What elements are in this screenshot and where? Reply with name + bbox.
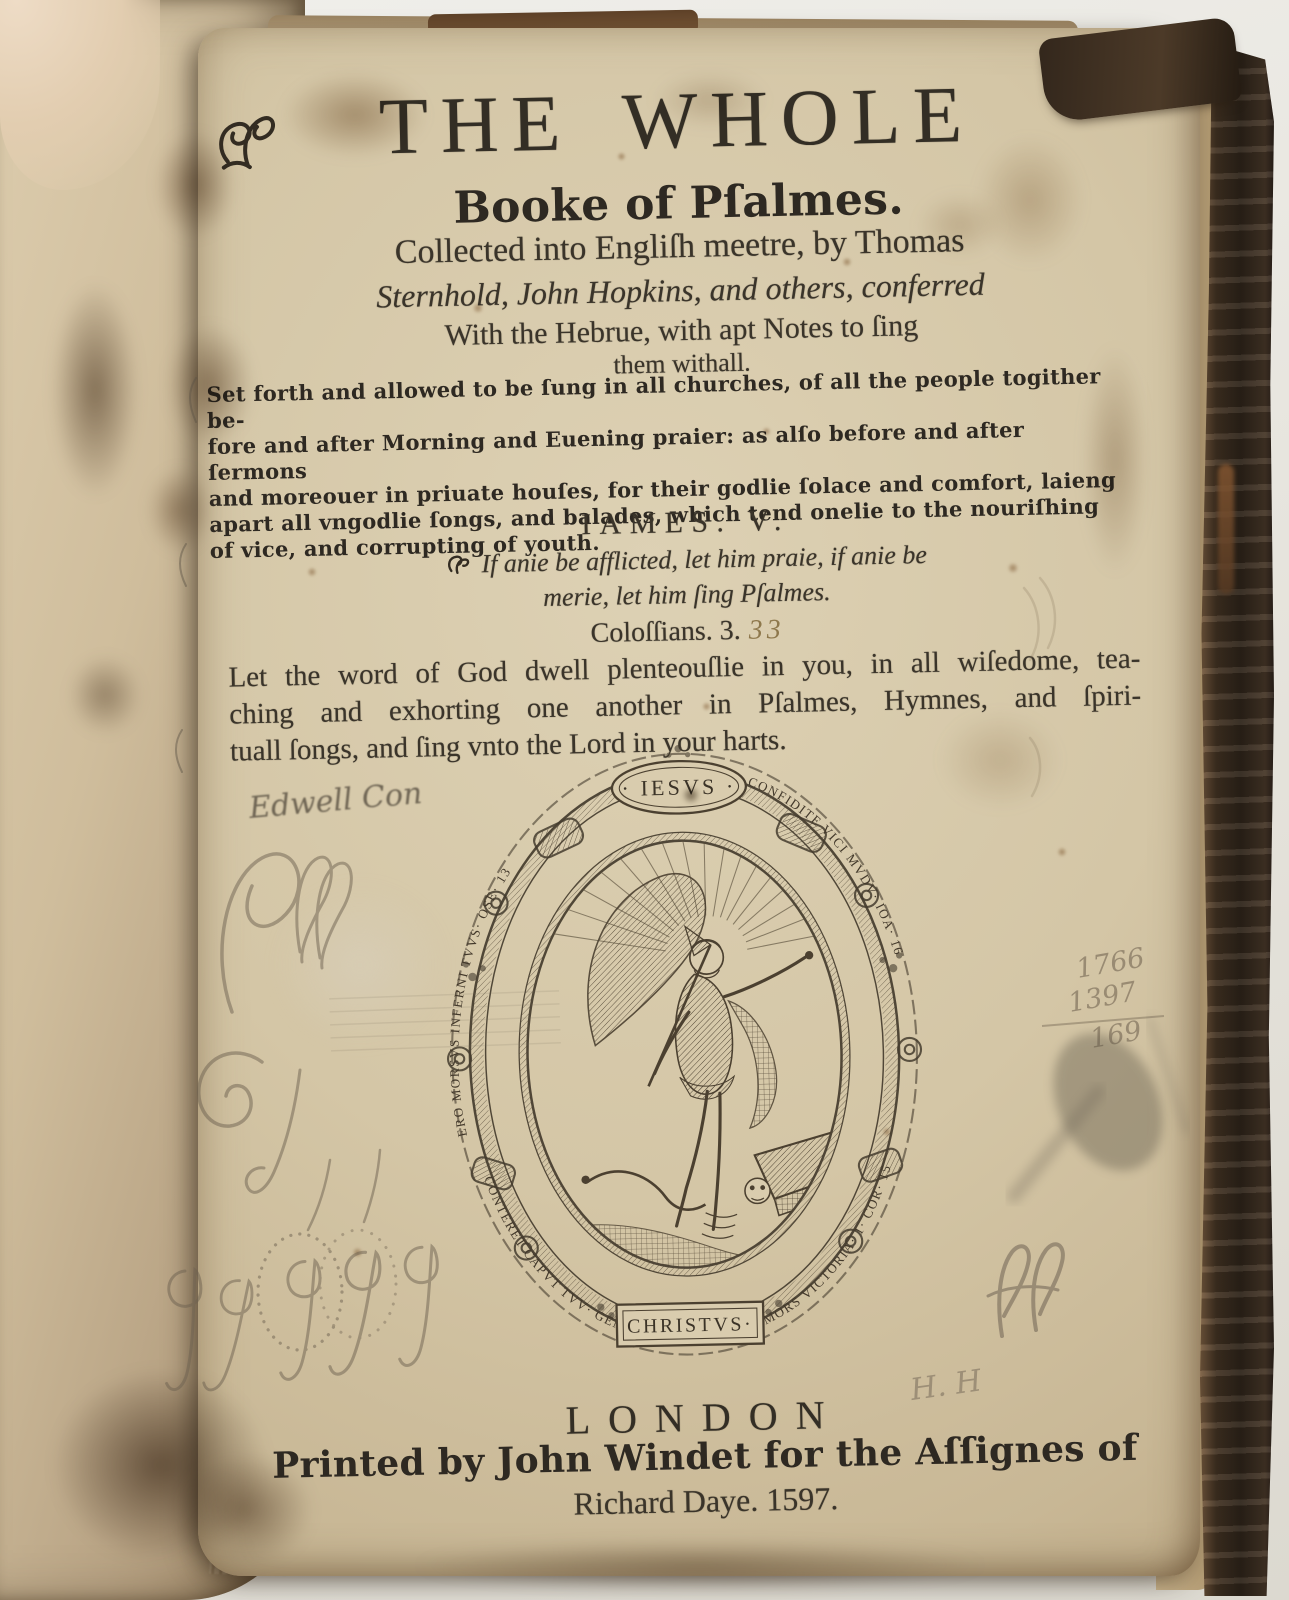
leather-wear-streak bbox=[1218, 464, 1234, 594]
printed-content: THE WHOLE Booke of Pſalmes. Collected in… bbox=[205, 18, 1177, 1585]
christvs-tablet: CHRISTVS· bbox=[616, 1302, 763, 1347]
colossians-reference: Coloſſians. 3. bbox=[590, 615, 741, 649]
christvs-label: CHRISTVS· bbox=[627, 1313, 754, 1338]
leather-binding-edge bbox=[1200, 44, 1274, 1596]
main-title: THE WHOLE bbox=[206, 66, 1148, 177]
manuscript-number-33: 33 bbox=[748, 614, 785, 646]
photograph-antique-book: { "colors": { "paper": "#d4c6a6", "ink":… bbox=[0, 0, 1289, 1600]
iesvs-label: · IESVS · bbox=[621, 773, 736, 800]
small-fleuron-icon bbox=[445, 551, 472, 578]
iesvs-cartouche: · IESVS · bbox=[611, 760, 746, 815]
title-page: THE WHOLE Booke of Pſalmes. Collected in… bbox=[198, 28, 1200, 1576]
printers-device-engraving: ERO MORSVS INFERNI TVVS· OSE· 13 CONFIDI… bbox=[432, 735, 937, 1373]
